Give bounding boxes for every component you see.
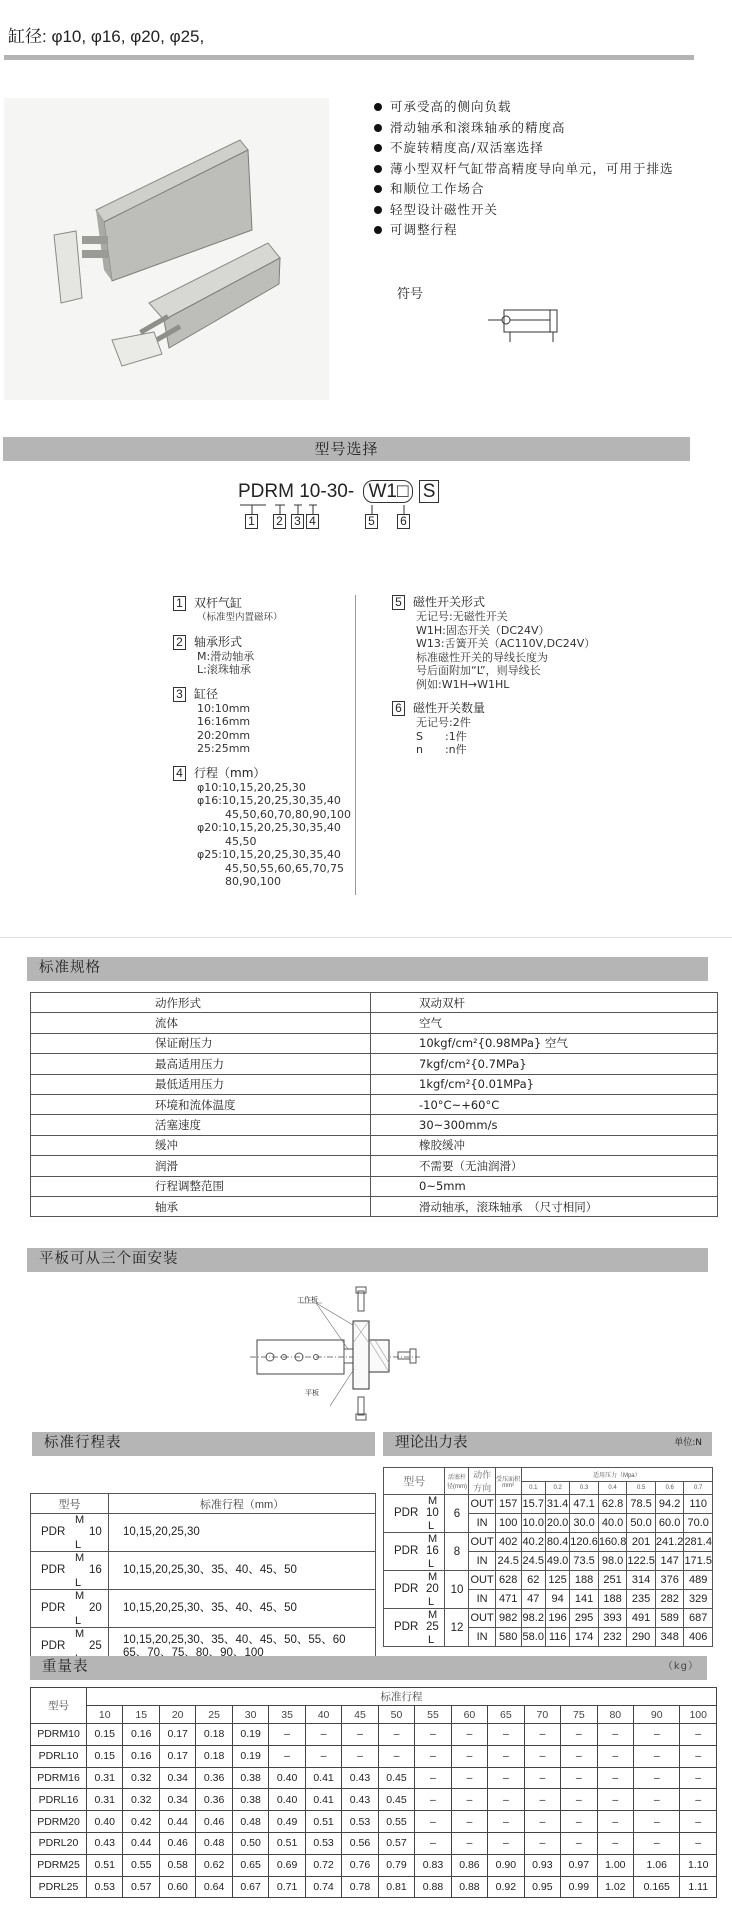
force-cell: 147 <box>655 1552 684 1571</box>
model-name: PDRM20 <box>31 1811 87 1833</box>
force-cell: 49.0 <box>545 1552 569 1571</box>
weight-cell: 0.86 <box>451 1854 487 1876</box>
spec-key: 保证耐压力 <box>31 1033 371 1053</box>
pressure-col: 0.4 <box>598 1481 627 1495</box>
force-cell: 100 <box>495 1514 521 1533</box>
stroke-table-header: 标准行程表 <box>32 1432 375 1456</box>
force-cell: 122.5 <box>627 1552 656 1571</box>
legend-divider <box>355 595 356 895</box>
force-cell: 62 <box>521 1571 545 1590</box>
weight-cell: 0.43 <box>87 1832 123 1854</box>
weight-row: PDRM200.400.420.440.460.480.490.510.530.… <box>31 1811 717 1833</box>
force-cell: 98.2 <box>521 1609 545 1628</box>
weight-cell: – <box>488 1745 524 1767</box>
code-num-6: 6 <box>397 514 410 529</box>
pressure-col: 0.7 <box>684 1481 713 1495</box>
weight-cell: – <box>342 1724 378 1746</box>
weight-cell: 0.38 <box>232 1789 268 1811</box>
force-cell: 295 <box>570 1609 599 1628</box>
force-cell: 241.2 <box>655 1533 684 1552</box>
rod-diameter: 10 <box>445 1571 469 1609</box>
weight-cell: 0.18 <box>196 1745 232 1767</box>
force-cell: 314 <box>627 1571 656 1590</box>
spec-table: 动作形式双动双杆流体空气保证耐压力10kgf/cm²{0.98MPa} 空气最高… <box>30 992 718 1217</box>
weight-cell: – <box>634 1789 680 1811</box>
weight-table-title: 重量表 <box>42 1659 89 1675</box>
weight-cell: 1.02 <box>597 1876 633 1898</box>
weight-cell: 0.51 <box>87 1854 123 1876</box>
top-divider <box>4 55 694 60</box>
weight-row: PDRL250.530.570.600.640.670.710.740.780.… <box>31 1876 717 1898</box>
spec-key: 环境和流体温度 <box>31 1094 371 1114</box>
weight-cell: – <box>451 1767 487 1789</box>
weight-cell: 0.40 <box>269 1789 305 1811</box>
force-cell: 50.0 <box>627 1514 656 1533</box>
stroke-col: 70 <box>524 1706 560 1724</box>
model-selection-header: 型号选择 <box>3 437 690 461</box>
pressure-col: 0.2 <box>545 1481 569 1495</box>
spec-row: 润滑不需要（无油润滑） <box>31 1156 718 1176</box>
model-cell: PDRML16 <box>384 1533 445 1571</box>
weight-cell: – <box>488 1832 524 1854</box>
force-cell: 282 <box>655 1590 684 1609</box>
spec-row: 轴承滑动轴承，滚珠轴承 （尺寸相同） <box>31 1196 718 1216</box>
weight-cell: 1.11 <box>680 1876 717 1898</box>
spec-value: 7kgf/cm²{0.7MPa} <box>371 1054 718 1074</box>
force-cell: 329 <box>684 1590 713 1609</box>
force-cell: 687 <box>684 1609 713 1628</box>
stroke-col: 15 <box>123 1706 159 1724</box>
weight-cell: – <box>269 1724 305 1746</box>
weight-cell: 0.74 <box>305 1876 341 1898</box>
force-cell: 98.0 <box>598 1552 627 1571</box>
weight-cell: – <box>561 1767 597 1789</box>
weight-cell: – <box>451 1724 487 1746</box>
pressure-col: 0.6 <box>655 1481 684 1495</box>
weight-cell: 0.41 <box>305 1789 341 1811</box>
weight-cell: – <box>524 1767 560 1789</box>
weight-cell: – <box>342 1745 378 1767</box>
weight-cell: 0.78 <box>342 1876 378 1898</box>
model-code: PDRM 10-30- W1□ S <box>238 481 439 503</box>
weight-cell: 0.46 <box>196 1811 232 1833</box>
stroke-col: 100 <box>680 1706 717 1724</box>
spec-header: 标准规格 <box>27 957 708 981</box>
weight-unit: （kg） <box>663 1656 699 1678</box>
model-cell: PDRML20 <box>31 1590 109 1628</box>
spec-row: 缓冲橡胶缓冲 <box>31 1135 718 1155</box>
code-num-4: 4 <box>306 514 319 529</box>
weight-cell: – <box>451 1745 487 1767</box>
weight-cell: – <box>524 1789 560 1811</box>
stroke-values: 10,15,20,25,30、35、40、45、50 <box>109 1590 376 1628</box>
model-name: PDRL10 <box>31 1745 87 1767</box>
force-cell: OUT <box>469 1495 495 1514</box>
col-model: 型号 <box>31 1494 109 1514</box>
legend-item-1: 1双杆气缸 （标准型内置磁环） <box>173 595 353 625</box>
weight-cell: 0.31 <box>87 1767 123 1789</box>
weight-cell: – <box>680 1724 717 1746</box>
force-cell: IN <box>469 1514 495 1533</box>
spec-key: 最低适用压力 <box>31 1074 371 1094</box>
stroke-col: 80 <box>597 1706 633 1724</box>
force-cell: 290 <box>627 1628 656 1647</box>
force-cell: 402 <box>495 1533 521 1552</box>
force-cell: 174 <box>570 1628 599 1647</box>
legend-item-6: 6磁性开关数量 无记号:2件 S :1件 n :n件 <box>392 700 642 757</box>
weight-cell: 0.165 <box>634 1876 680 1898</box>
stroke-col: 90 <box>634 1706 680 1724</box>
weight-cell: – <box>415 1811 451 1833</box>
stroke-col: 75 <box>561 1706 597 1724</box>
force-cell: 78.5 <box>627 1495 656 1514</box>
spec-row: 流体空气 <box>31 1013 718 1033</box>
legend-item-5: 5磁性开关形式 无记号:无磁性开关 W1H:固态开关（DC24V） W13:舌簧… <box>392 594 642 691</box>
force-cell: 73.5 <box>570 1552 599 1571</box>
force-cell: 80.4 <box>545 1533 569 1552</box>
model-name: PDRL20 <box>31 1832 87 1854</box>
weight-cell: – <box>415 1832 451 1854</box>
weight-cell: 0.48 <box>196 1832 232 1854</box>
force-cell: 196 <box>545 1609 569 1628</box>
weight-cell: 0.44 <box>159 1811 195 1833</box>
weight-cell: – <box>634 1745 680 1767</box>
weight-cell: 0.42 <box>123 1811 159 1833</box>
weight-cell: – <box>634 1811 680 1833</box>
spec-row: 保证耐压力10kgf/cm²{0.98MPa} 空气 <box>31 1033 718 1053</box>
weight-cell: 0.43 <box>342 1789 378 1811</box>
weight-cell: – <box>561 1724 597 1746</box>
code-num-3: 3 <box>291 514 304 529</box>
weight-cell: 0.31 <box>87 1789 123 1811</box>
weight-cell: – <box>524 1811 560 1833</box>
force-cell: 30.0 <box>570 1514 599 1533</box>
force-cell: 491 <box>627 1609 656 1628</box>
weight-cell: – <box>524 1832 560 1854</box>
weight-cell: 0.88 <box>451 1876 487 1898</box>
spec-value: 滑动轴承，滚珠轴承 （尺寸相同） <box>371 1196 718 1216</box>
force-cell: 489 <box>684 1571 713 1590</box>
weight-cell: 0.72 <box>305 1854 341 1876</box>
stroke-row: PDRML1010,15,20,25,30 <box>31 1514 376 1552</box>
rod-diameter: 12 <box>445 1609 469 1647</box>
weight-cell: – <box>488 1789 524 1811</box>
code-switch: W1□ <box>363 480 413 503</box>
weight-cell: 0.97 <box>561 1854 597 1876</box>
force-cell: 406 <box>684 1628 713 1647</box>
force-cell: OUT <box>469 1571 495 1590</box>
col-stroke: 标准行程（mm） <box>109 1494 376 1514</box>
weight-cell: – <box>451 1811 487 1833</box>
force-row-out: PDRML168OUT40240.280.4120.6160.8201241.2… <box>384 1533 713 1552</box>
weight-cell: 0.43 <box>342 1767 378 1789</box>
weight-cell: 0.83 <box>415 1854 451 1876</box>
weight-row: PDRL200.430.440.460.480.500.510.530.560.… <box>31 1832 717 1854</box>
work-plate-label: 工作板 <box>297 1295 318 1305</box>
force-cell: 471 <box>495 1590 521 1609</box>
spec-key: 轴承 <box>31 1196 371 1216</box>
pressure-col: 0.3 <box>570 1481 599 1495</box>
weight-cell: 0.60 <box>159 1876 195 1898</box>
feature-item: 滑动轴承和滚珠轴承的精度高 <box>372 118 674 139</box>
weight-table: 型号 标准行程 10152025303540455055606570758090… <box>30 1687 717 1898</box>
force-cell: 40.0 <box>598 1514 627 1533</box>
legend-item-2: 2轴承形式 M:滑动轴承 L:滚珠轴承 <box>173 634 353 677</box>
spec-row: 动作形式双动双杆 <box>31 993 718 1013</box>
model-name: PDRM16 <box>31 1767 87 1789</box>
model-cell: PDRML10 <box>384 1495 445 1533</box>
force-cell: IN <box>469 1628 495 1647</box>
weight-cell: 0.76 <box>342 1854 378 1876</box>
stroke-col: 65 <box>488 1706 524 1724</box>
force-cell: 10.0 <box>521 1514 545 1533</box>
weight-cell: 0.62 <box>196 1854 232 1876</box>
stroke-col: 10 <box>87 1706 123 1724</box>
force-cell: 20.0 <box>545 1514 569 1533</box>
spec-value: 空气 <box>371 1013 718 1033</box>
weight-cell: 1.00 <box>597 1854 633 1876</box>
spec-key: 流体 <box>31 1013 371 1033</box>
force-cell: 393 <box>598 1609 627 1628</box>
code-num-5: 5 <box>365 514 378 529</box>
weight-cell: 0.88 <box>415 1876 451 1898</box>
weight-cell: 0.90 <box>488 1854 524 1876</box>
weight-cell: 0.51 <box>269 1832 305 1854</box>
weight-cell: – <box>597 1745 633 1767</box>
stroke-values: 10,15,20,25,30、35、40、45、50 <box>109 1552 376 1590</box>
force-cell: 125 <box>545 1571 569 1590</box>
weight-cell: 0.93 <box>524 1854 560 1876</box>
force-cell: 188 <box>598 1590 627 1609</box>
weight-cell: – <box>680 1767 717 1789</box>
stroke-col: 45 <box>342 1706 378 1724</box>
force-row-out: PDRML2010OUT62862125188251314376489 <box>384 1571 713 1590</box>
weight-cell: – <box>451 1789 487 1811</box>
force-cell: 70.0 <box>684 1514 713 1533</box>
spec-row: 最低适用压力1kgf/cm²{0.01MPa} <box>31 1074 718 1094</box>
force-cell: 376 <box>655 1571 684 1590</box>
weight-cell: 0.19 <box>232 1745 268 1767</box>
weight-cell: 0.53 <box>305 1832 341 1854</box>
weight-cell: – <box>378 1724 414 1746</box>
weight-cell: 0.49 <box>269 1811 305 1833</box>
weight-cell: 0.38 <box>232 1767 268 1789</box>
weight-cell: 0.67 <box>232 1876 268 1898</box>
weight-cell: – <box>415 1724 451 1746</box>
force-cell: 24.5 <box>521 1552 545 1571</box>
spec-value: 30~300mm/s <box>371 1115 718 1135</box>
force-cell: 116 <box>545 1628 569 1647</box>
plate-label: 平板 <box>305 1388 319 1398</box>
legend-item-3: 3缸径 10:10mm 16:16mm 20:20mm 25:25mm <box>173 686 353 756</box>
feature-item: 可调整行程 <box>372 220 674 241</box>
stroke-values: 10,15,20,25,30 <box>109 1514 376 1552</box>
force-row-out: PDRML2512OUT98298.2196295393491589687 <box>384 1609 713 1628</box>
stroke-col: 30 <box>232 1706 268 1724</box>
force-cell: 235 <box>627 1590 656 1609</box>
weight-cell: – <box>415 1789 451 1811</box>
weight-cell: – <box>378 1745 414 1767</box>
weight-cell: – <box>597 1811 633 1833</box>
weight-row: PDRM100.150.160.170.180.19–––––––––––– <box>31 1724 717 1746</box>
force-cell: IN <box>469 1552 495 1571</box>
model-cell: PDRML20 <box>384 1571 445 1609</box>
weight-cell: 0.99 <box>561 1876 597 1898</box>
model-name: PDRL16 <box>31 1789 87 1811</box>
weight-cell: 0.50 <box>232 1832 268 1854</box>
weight-cell: – <box>597 1789 633 1811</box>
weight-cell: 1.10 <box>680 1854 717 1876</box>
weight-cell: 0.46 <box>159 1832 195 1854</box>
cylinder-symbol-icon <box>480 308 570 344</box>
spec-row: 活塞速度30~300mm/s <box>31 1115 718 1135</box>
model-cell: PDRML10 <box>31 1514 109 1552</box>
weight-cell: 0.69 <box>269 1854 305 1876</box>
spec-value: 0~5mm <box>371 1176 718 1196</box>
spec-row: 行程调整范围0~5mm <box>31 1176 718 1196</box>
weight-cell: 0.18 <box>196 1724 232 1746</box>
code-series: PDRM <box>238 481 294 502</box>
spec-value: 10kgf/cm²{0.98MPa} 空气 <box>371 1033 718 1053</box>
pressure-col: 0.5 <box>627 1481 656 1495</box>
force-unit: 单位:N <box>674 1432 702 1454</box>
weight-cell: – <box>634 1832 680 1854</box>
spec-value: 不需要（无油润滑） <box>371 1156 718 1176</box>
product-photo <box>4 98 329 400</box>
force-cell: 24.5 <box>495 1552 521 1571</box>
feature-item: 可承受高的侧向负载 <box>372 97 674 118</box>
weight-cell: – <box>680 1832 717 1854</box>
weight-cell: 0.53 <box>87 1876 123 1898</box>
weight-cell: 0.58 <box>159 1854 195 1876</box>
rod-diameter: 8 <box>445 1533 469 1571</box>
weight-cell: 0.65 <box>232 1854 268 1876</box>
weight-cell: – <box>305 1724 341 1746</box>
force-cell: 982 <box>495 1609 521 1628</box>
code-num-1: 1 <box>245 514 258 529</box>
weight-cell: – <box>634 1724 680 1746</box>
weight-cell: 1.06 <box>634 1854 680 1876</box>
model-name: PDRM25 <box>31 1854 87 1876</box>
weight-row: PDRL100.150.160.170.180.19–––––––––––– <box>31 1745 717 1767</box>
weight-cell: 0.40 <box>269 1767 305 1789</box>
weight-cell: 0.34 <box>159 1767 195 1789</box>
weight-cell: 0.32 <box>123 1767 159 1789</box>
force-table-title: 理论出力表 <box>395 1435 468 1451</box>
weight-cell: 0.17 <box>159 1724 195 1746</box>
weight-cell: – <box>597 1767 633 1789</box>
weight-cell: – <box>305 1745 341 1767</box>
weight-cell: 0.41 <box>305 1767 341 1789</box>
weight-row: PDRM250.510.550.580.620.650.690.720.760.… <box>31 1854 717 1876</box>
weight-cell: 0.32 <box>123 1789 159 1811</box>
force-cell: 94 <box>545 1590 569 1609</box>
force-table-header: 理论出力表 单位:N <box>383 1432 712 1456</box>
weight-cell: 0.79 <box>378 1854 414 1876</box>
force-cell: 47 <box>521 1590 545 1609</box>
model-cell: PDRML16 <box>31 1552 109 1590</box>
feature-item: 轻型设计磁性开关 <box>372 200 674 221</box>
force-cell: 141 <box>570 1590 599 1609</box>
weight-cell: – <box>680 1811 717 1833</box>
weight-cell: – <box>561 1745 597 1767</box>
force-cell: 120.6 <box>570 1533 599 1552</box>
weight-cell: 0.55 <box>123 1854 159 1876</box>
spec-value: -10°C~+60°C <box>371 1094 718 1114</box>
weight-cell: 0.81 <box>378 1876 414 1898</box>
force-cell: 62.8 <box>598 1495 627 1514</box>
force-cell: 60.0 <box>655 1514 684 1533</box>
weight-cell: – <box>488 1811 524 1833</box>
weight-cell: 0.51 <box>305 1811 341 1833</box>
weight-cell: – <box>680 1789 717 1811</box>
symbol-label: 符号 <box>397 283 423 302</box>
weight-cell: 0.57 <box>123 1876 159 1898</box>
weight-cell: – <box>561 1789 597 1811</box>
pressure-col: 0.1 <box>521 1481 545 1495</box>
force-cell: 40.2 <box>521 1533 545 1552</box>
weight-cell: – <box>451 1832 487 1854</box>
force-cell: 171.5 <box>684 1552 713 1571</box>
weight-cell: – <box>415 1745 451 1767</box>
force-cell: 15.7 <box>521 1495 545 1514</box>
section-divider <box>0 937 732 938</box>
force-cell: OUT <box>469 1609 495 1628</box>
spec-key: 润滑 <box>31 1156 371 1176</box>
stroke-col: 55 <box>415 1706 451 1724</box>
weight-cell: 0.92 <box>488 1876 524 1898</box>
weight-cell: 0.36 <box>196 1789 232 1811</box>
stroke-row: PDRML1610,15,20,25,30、35、40、45、50 <box>31 1552 376 1590</box>
force-cell: 160.8 <box>598 1533 627 1552</box>
weight-cell: – <box>524 1745 560 1767</box>
weight-cell: – <box>680 1745 717 1767</box>
weight-cell: 0.40 <box>87 1811 123 1833</box>
force-cell: 110 <box>684 1495 713 1514</box>
weight-table-header: 重量表 （kg） <box>30 1656 707 1680</box>
weight-cell: 0.53 <box>342 1811 378 1833</box>
weight-cell: – <box>597 1724 633 1746</box>
force-cell: IN <box>469 1590 495 1609</box>
stroke-col: 50 <box>378 1706 414 1724</box>
spec-key: 缓冲 <box>31 1135 371 1155</box>
weight-cell: 0.16 <box>123 1724 159 1746</box>
weight-cell: – <box>561 1832 597 1854</box>
stroke-col: 60 <box>451 1706 487 1724</box>
weight-cell: 0.48 <box>232 1811 268 1833</box>
weight-cell: – <box>561 1811 597 1833</box>
weight-cell: 0.95 <box>524 1876 560 1898</box>
stroke-col: 25 <box>196 1706 232 1724</box>
force-cell: 94.2 <box>655 1495 684 1514</box>
code-bore-stroke: 10-30- <box>299 481 354 502</box>
feature-item: 和顺位工作场合 <box>372 179 674 200</box>
model-name: PDRM10 <box>31 1724 87 1746</box>
weight-cell: 0.19 <box>232 1724 268 1746</box>
force-cell: 47.1 <box>570 1495 599 1514</box>
force-row-out: PDRML106OUT15715.731.447.162.878.594.211… <box>384 1495 713 1514</box>
force-cell: 188 <box>570 1571 599 1590</box>
model-legend-left: 1双杆气缸 （标准型内置磁环） 2轴承形式 M:滑动轴承 L:滚珠轴承 3缸径 … <box>173 595 353 898</box>
force-cell: 201 <box>627 1533 656 1552</box>
stroke-row: PDRML2010,15,20,25,30、35、40、45、50 <box>31 1590 376 1628</box>
stroke-col: 40 <box>305 1706 341 1724</box>
spec-key: 动作形式 <box>31 993 371 1013</box>
force-cell: 580 <box>495 1628 521 1647</box>
weight-cell: – <box>597 1832 633 1854</box>
force-cell: 589 <box>655 1609 684 1628</box>
spec-value: 橡胶缓冲 <box>371 1135 718 1155</box>
